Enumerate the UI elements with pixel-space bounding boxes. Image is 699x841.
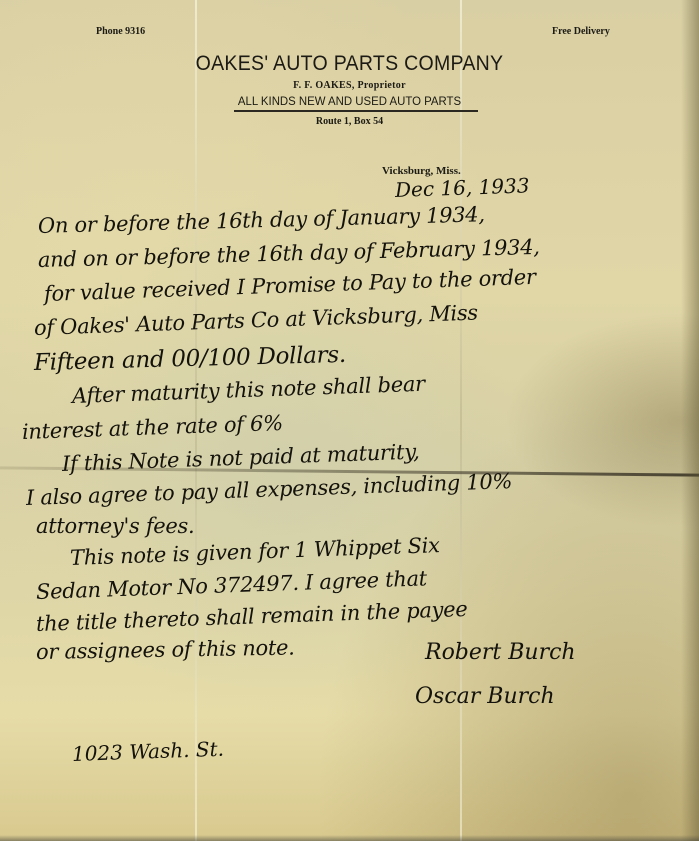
letterhead-tagline: ALL KINDS NEW AND USED AUTO PARTS (17, 94, 681, 108)
note-line: Sedan Motor No 372497. I agree that (36, 566, 428, 604)
note-line: interest at the rate of 6% (22, 411, 284, 444)
note-line: On or before the 16th day of January 193… (38, 202, 485, 238)
note-line: After maturity this note shall bear (72, 372, 426, 408)
promissory-note-document: Phone 9316 Free Delivery OAKES' AUTO PAR… (0, 0, 699, 841)
letterhead-company-name: OAKES' AUTO PARTS COMPANY (24, 52, 674, 76)
note-line: This note is given for 1 Whippet Six (70, 533, 440, 570)
signature-oscar-burch: Oscar Burch (415, 684, 555, 709)
signer-address: 1023 Wash. St. (72, 737, 225, 766)
note-line: for value received I Promise to Pay to t… (44, 265, 536, 306)
note-line: the title thereto shall remain in the pa… (36, 597, 468, 636)
tagline-underline (234, 110, 478, 112)
letterhead-delivery: Free Delivery (552, 26, 610, 37)
note-line: or assignees of this note. (36, 635, 295, 664)
paper-edge-shadow (0, 835, 699, 841)
note-line: Fifteen and 00/100 Dollars. (34, 342, 347, 376)
note-date: Dec 16, 1933 (395, 173, 530, 202)
letterhead-proprietor: F. F. OAKES, Proprietor (0, 80, 699, 91)
note-line: attorney's fees. (36, 514, 194, 538)
note-line: I also agree to pay all expenses, includ… (26, 469, 513, 510)
letterhead-phone: Phone 9316 (96, 26, 145, 37)
signature-robert-burch: Robert Burch (425, 640, 576, 665)
note-line: of Oakes' Auto Parts Co at Vicksburg, Mi… (34, 301, 479, 340)
letterhead-address: Route 1, Box 54 (0, 116, 699, 127)
